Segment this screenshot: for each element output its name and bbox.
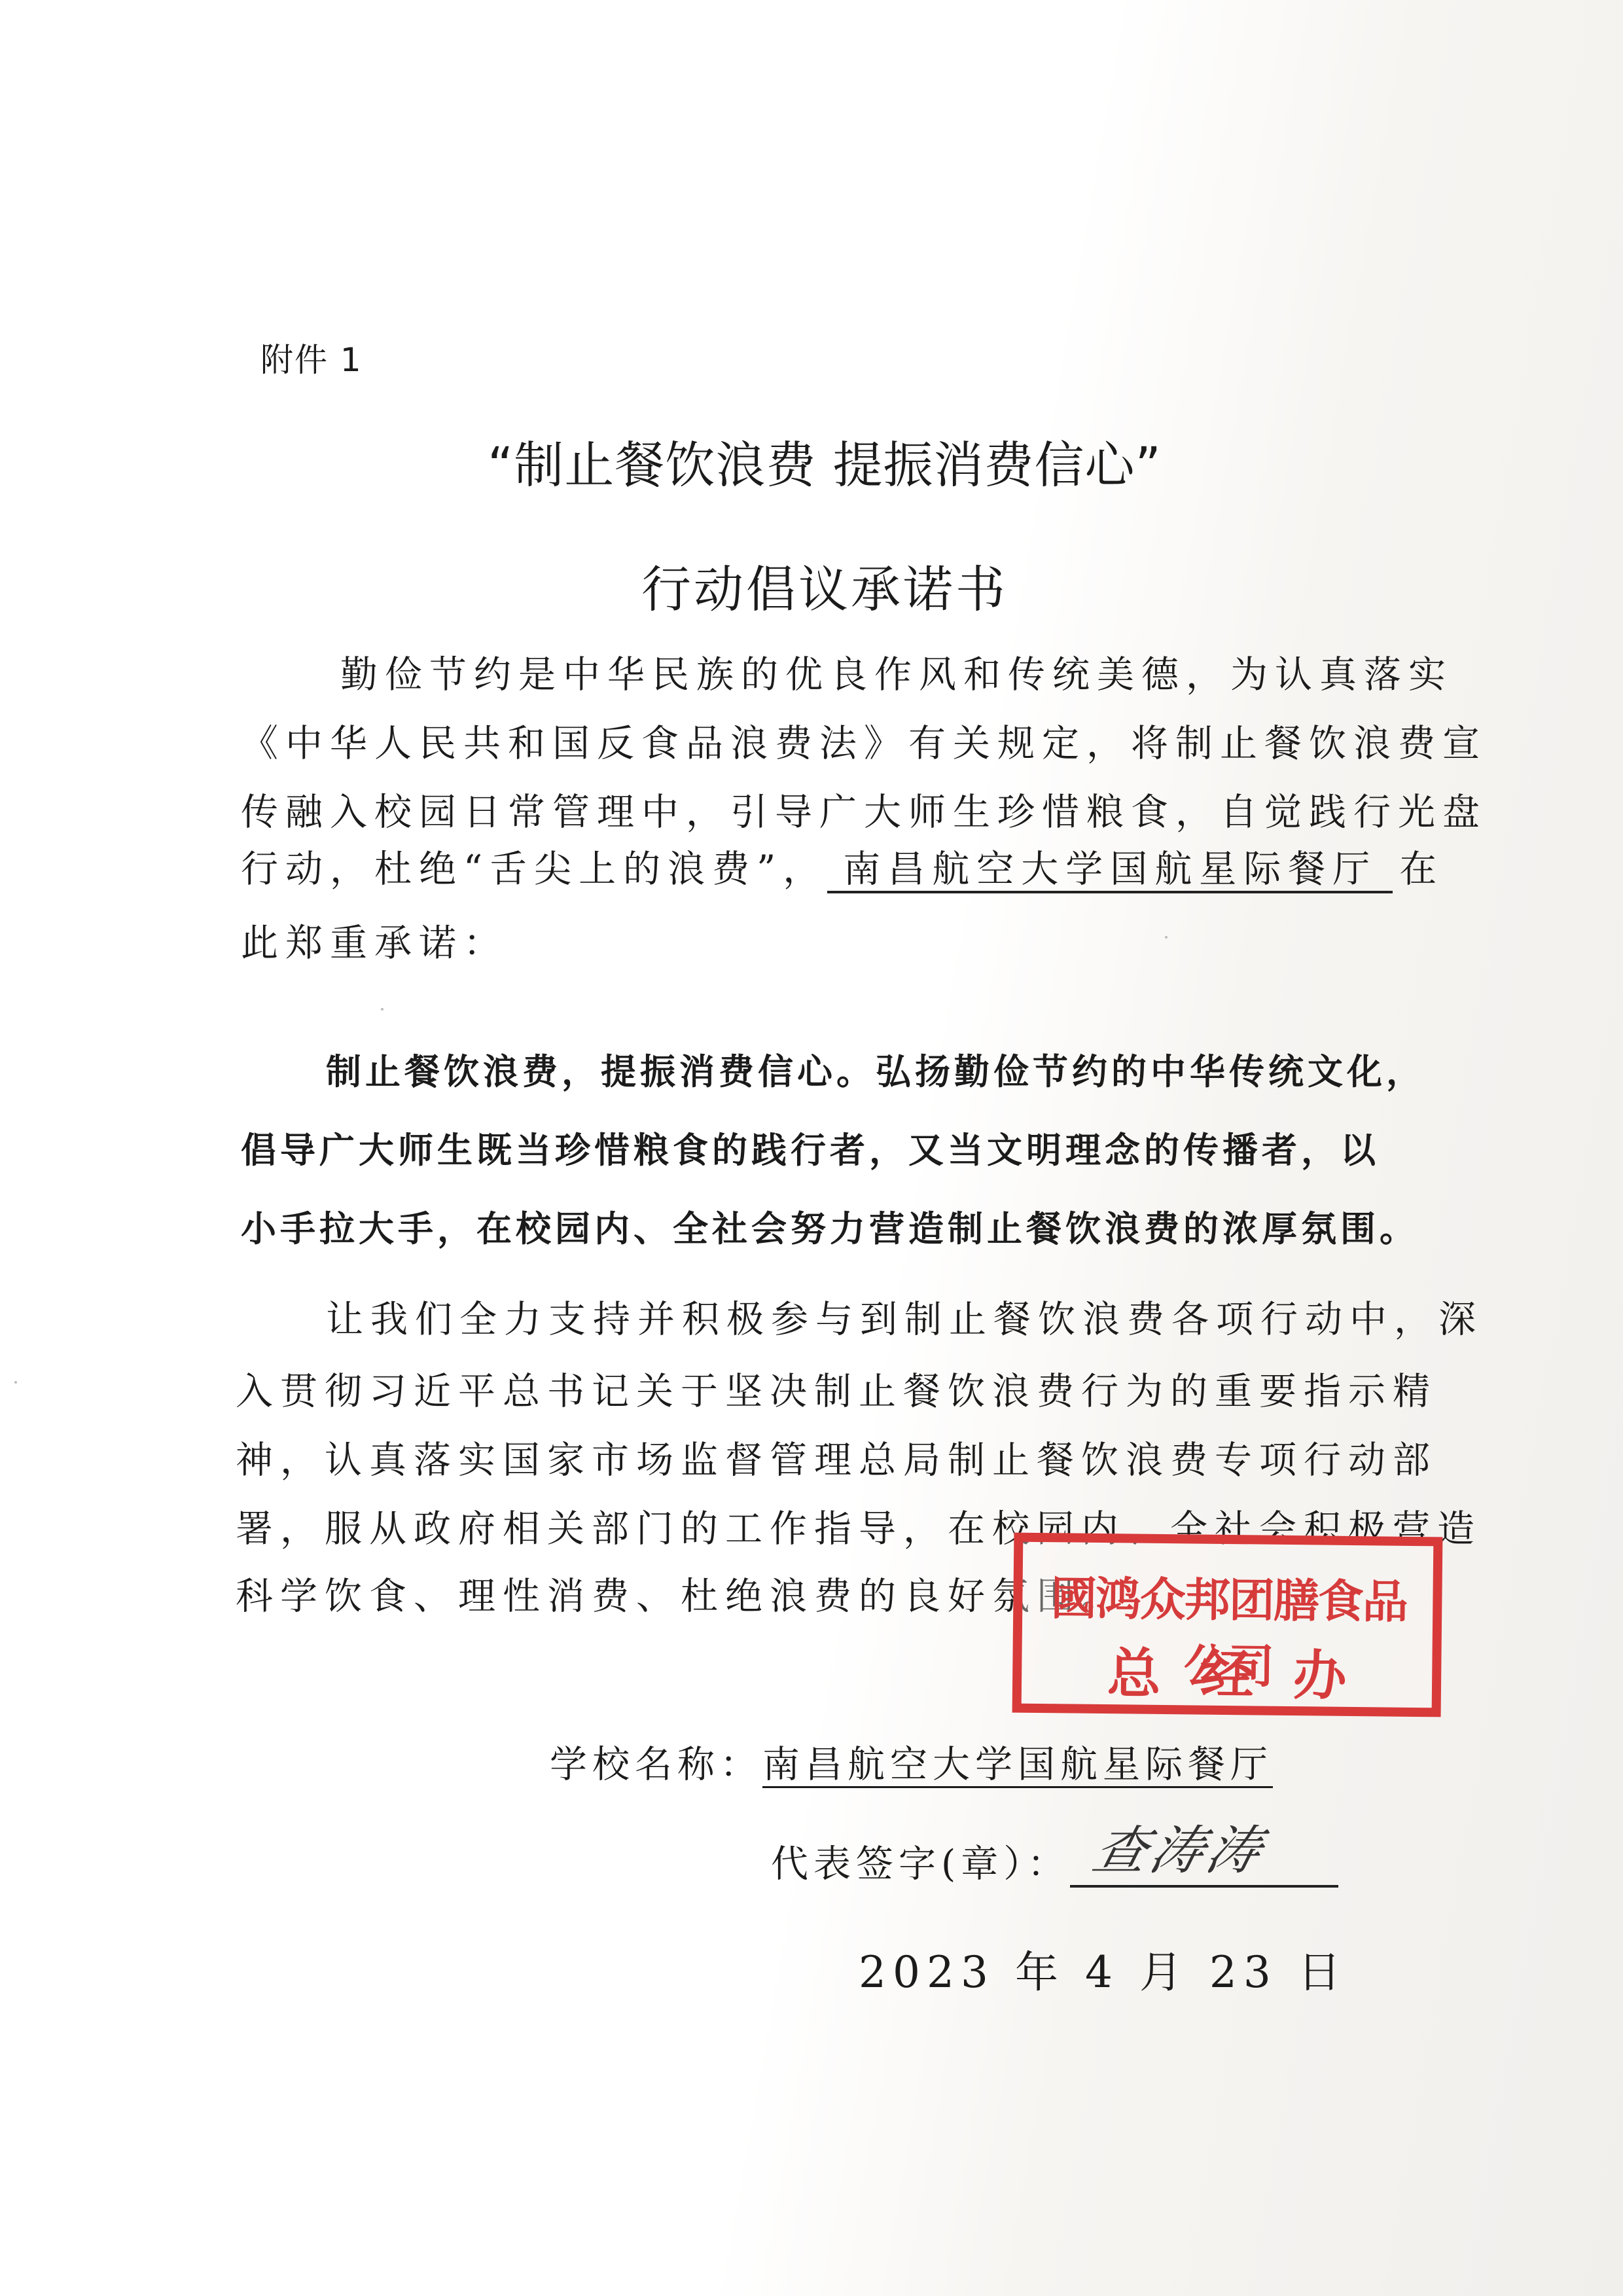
school-name-label: 学校名称： [550, 1743, 762, 1786]
title-line-1: “制止餐饮浪费 提振消费信心” [488, 425, 1162, 497]
handwritten-signature: 查涛涛 [1086, 1808, 1274, 1884]
stamp-department: 总经办 [1022, 1630, 1433, 1712]
restaurant-name-fill: 南昌航空大学国航星际餐厅 [827, 850, 1393, 893]
support-line: 让我们全力支持并积极参与到制止餐饮浪费各项行动中，深 [326, 1289, 1483, 1343]
date-year: 2023 [859, 1947, 995, 1998]
school-name-row: 学校名称：南昌航空大学国航星际餐厅 [550, 1734, 1279, 1788]
document-page: 附件 1 “制止餐饮浪费 提振消费信心” 行动倡议承诺书 勤俭节约是中华民族的优… [0, 0, 1623, 2296]
date-month: 4 [1085, 1947, 1119, 1998]
bold-line: 小手拉大手，在校园内、全社会努力营造制止餐饮浪费的浓厚氛围。 [241, 1201, 1419, 1251]
bold-line: 制止餐饮浪费，提振消费信心。弘扬勤俭节约的中华传统文化， [326, 1044, 1425, 1094]
scan-speck [381, 1008, 383, 1011]
signature-line: 查涛涛 [1070, 1826, 1338, 1888]
representative-row: 代表签字(章）：查涛涛 [771, 1826, 1338, 1888]
scan-speck [1165, 936, 1168, 939]
date-year-unit: 年 [1015, 1947, 1065, 1998]
school-name-value: 南昌航空大学国航星际餐厅 [762, 1743, 1279, 1786]
intro-line-4-suffix: 在 [1399, 848, 1444, 891]
date-month-unit: 月 [1139, 1947, 1189, 1998]
intro-line: 传融入校园日常管理中，引导广大师生珍惜粮食，自觉践行光盘 [241, 782, 1487, 836]
support-line: 科学饮食、理性消费、杜绝浪费的良好氛围。 [236, 1566, 1126, 1620]
intro-line: 《中华人民共和国反食品浪费法》有关规定，将制止餐饮浪费宣 [241, 713, 1487, 767]
intro-line-4-prefix: 行动，杜绝“舌尖上的浪费”， [241, 848, 827, 891]
support-line: 神，认真落实国家市场监督管理总局制止餐饮浪费专项行动部 [236, 1430, 1437, 1484]
date-row: 2023 年 4 月 23 日 [859, 1937, 1347, 2000]
date-day-unit: 日 [1298, 1947, 1347, 1998]
intro-line-4: 行动，杜绝“舌尖上的浪费”，南昌航空大学国航星际餐厅在 [241, 839, 1444, 893]
attachment-label: 附件 1 [260, 334, 363, 381]
scan-speck [14, 1381, 17, 1384]
date-day: 23 [1209, 1947, 1277, 1998]
support-line: 入贯彻习近平总书记关于坚决制止餐饮浪费行为的重要指示精 [236, 1361, 1437, 1415]
bold-line: 倡导广大师生既当珍惜粮食的践行者，又当文明理念的传播者，以 [241, 1122, 1380, 1173]
company-stamp: 國鸿众邦团膳食品公司 总经办 [1012, 1533, 1443, 1717]
title-line-2: 行动倡议承诺书 [0, 550, 1623, 621]
representative-label: 代表签字(章）： [771, 1842, 1070, 1886]
intro-line: 勤俭节约是中华民族的优良作风和传统美德，为认真落实 [340, 645, 1453, 698]
intro-line-5: 此郑重承诺： [241, 913, 508, 967]
